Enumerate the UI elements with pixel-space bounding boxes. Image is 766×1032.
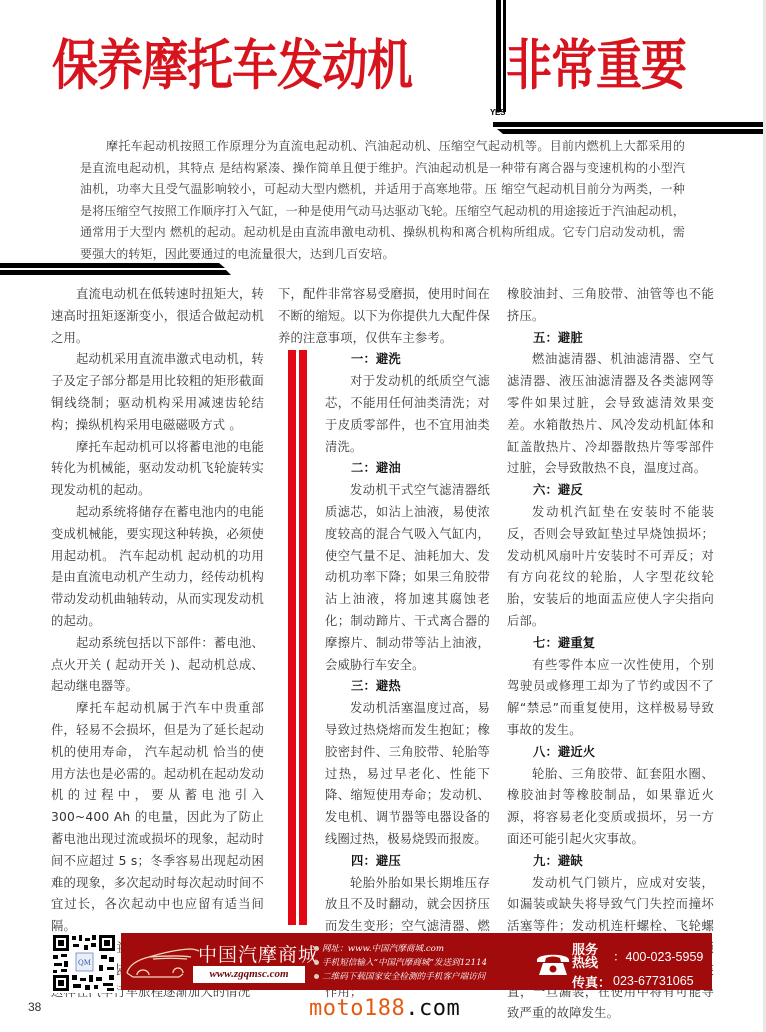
site-watermark: moto188.com bbox=[309, 996, 460, 1021]
section-heading: 二：避油 bbox=[325, 458, 490, 480]
section-heading: 五：避脏 bbox=[507, 328, 714, 350]
section-text: 轮胎、三角胶带、缸套阻水圈、橡胶油封等橡胶制品，如果靠近火源，将容易老化变质或损… bbox=[507, 764, 714, 851]
bullet-icon bbox=[314, 974, 319, 979]
section-heading: 一：避洗 bbox=[325, 349, 490, 371]
fax-label: 传真： bbox=[572, 972, 611, 991]
column-1: 直流电动机在低转速时扭矩大，转速高时扭矩逐渐变小，很适合做起动机之用。 起动机采… bbox=[51, 284, 264, 1003]
svg-text:QM: QM bbox=[78, 959, 91, 967]
intro-paragraph: 摩托车起动机按照工作原理分为直流电起动机、汽油起动机、压缩空气起动机等。目前内燃… bbox=[80, 136, 685, 265]
page-title: 保养摩托车发动机 非常重要 bbox=[52, 38, 412, 92]
col1-paragraph: 直流电动机在低转速时扭矩大，转速高时扭矩逐渐变小，很适合做起动机之用。 bbox=[51, 284, 264, 349]
watermark-tld: .com bbox=[405, 996, 460, 1021]
section-heading: 三：避热 bbox=[325, 676, 490, 698]
col1-paragraph: 摩托车起动机属于汽车中贵重部件，轻易不会损坏，但是为了延长起动机的使用寿命， 汽… bbox=[51, 698, 264, 938]
qr-code-icon: QM bbox=[51, 933, 117, 993]
section-heading: 八：避近火 bbox=[507, 742, 714, 764]
bullet-icon bbox=[314, 946, 319, 951]
qr-code[interactable]: QM bbox=[51, 933, 117, 993]
bullet-icon bbox=[314, 960, 319, 965]
col2-lead: 下，配件非常容易受磨损，使用时间在不断的缩短。以下为你提供九大配件保养的注意事项… bbox=[278, 284, 490, 349]
title-part-2: 非常重要 bbox=[506, 38, 686, 92]
fax-number: 023-67731065 bbox=[613, 974, 694, 988]
col1-paragraph: 起动系统包括以下部件：蓄电池、点火开关 ( 起动开关 )、起动机总成、起动继电器… bbox=[51, 633, 264, 698]
section-text: 发动机汽缸垫在安装时不能装反，否则会导致缸垫过早烧蚀损坏；发动机风扇叶片安装时不… bbox=[507, 502, 714, 633]
section-text: 对于发动机的纸质空气滤芯，不能用任何油类清洗；对于皮质零部件，也不宜用油类清洗。 bbox=[325, 371, 490, 458]
service-hotline-number: ：400-023-5959 bbox=[613, 947, 703, 965]
col1-paragraph: 摩托车起动机可以将蓄电池的电能转化为机械能，驱动发动机飞轮旋转实现发动机的起动。 bbox=[51, 437, 264, 502]
title-tag: YES bbox=[490, 108, 505, 117]
section-text: 发动机活塞温度过高，易导致过热烧熔而发生抱缸；橡胶密封件、三角胶带、轮胎等过热，… bbox=[325, 698, 490, 851]
col3-lead: 橡胶油封、三角胶带、油管等也不能挤压。 bbox=[507, 284, 714, 328]
banner-info-lines: 网址：www.中国汽摩商城.com 手机短信输入“中国汽摩商城”发送到12114… bbox=[314, 942, 487, 984]
col1-paragraph: 起动系统将储存在蓄电池内的电能变成机械能，要实现这种转换，必须使用起动机。 汽车… bbox=[51, 502, 264, 633]
service-hotline-label: 服务 热线 bbox=[572, 944, 598, 970]
section-heading: 六：避反 bbox=[507, 480, 714, 502]
section-text: 燃油滤清器、机油滤清器、空气滤清器、液压油滤清器及各类滤网等零件如果过脏，会导致… bbox=[507, 349, 714, 480]
col1-paragraph: 起动机采用直流串激式电动机，转子及定子部分都是用比较粗的矩形截面铜线绕制；驱动机… bbox=[51, 349, 264, 436]
title-part-1: 保养摩托车发动机 bbox=[52, 33, 412, 97]
decor-top-right-bar-2 bbox=[497, 129, 766, 134]
telephone-icon bbox=[535, 950, 571, 976]
banner-line-website: 网址：www.中国汽摩商城.com bbox=[314, 942, 487, 956]
banner-line-sms: 手机短信输入“中国汽摩商城”发送到12114 bbox=[314, 956, 487, 970]
section-heading: 四：避压 bbox=[325, 851, 490, 873]
brand-url[interactable]: www.zgqmsc.com bbox=[193, 966, 305, 983]
section-heading: 七：避重复 bbox=[507, 633, 714, 655]
section-text: 有些零件本应一次性使用，个别驾驶员或修理工却为了节约或因不了解“禁忌”而重复使用… bbox=[507, 655, 714, 742]
watermark-main: moto188 bbox=[309, 996, 405, 1021]
decor-divider-bar-2 bbox=[0, 270, 231, 275]
decor-vertical-bar-1 bbox=[496, 0, 501, 112]
decor-divider-bar-1 bbox=[0, 263, 225, 268]
section-heading: 九：避缺 bbox=[507, 851, 714, 873]
column-3: 橡胶油封、三角胶带、油管等也不能挤压。 五：避脏 燃油滤清器、机油滤清器、空气滤… bbox=[507, 284, 714, 1025]
section-text: 发动机干式空气滤清器纸质滤芯，如沾上油液，易使浓度较高的混合气吸入气缸内，使空气… bbox=[325, 480, 490, 676]
decor-top-right-bar-1 bbox=[493, 122, 766, 127]
column-2: 下，配件非常容易受磨损，使用时间在不断的缩短。以下为你提供九大配件保养的注意事项… bbox=[278, 284, 490, 1003]
col2-sections: 一：避洗 对于发动机的纸质空气滤芯，不能用任何油类清洗；对于皮质零部件，也不宜用… bbox=[278, 349, 490, 1003]
car-outline-icon bbox=[123, 943, 201, 983]
brand-name: 中国汽摩商城 bbox=[198, 940, 318, 967]
page-number: 38 bbox=[28, 1000, 41, 1014]
banner-line-qr: 二维码下载国家安全检测的手机客户端访问 bbox=[314, 970, 487, 984]
